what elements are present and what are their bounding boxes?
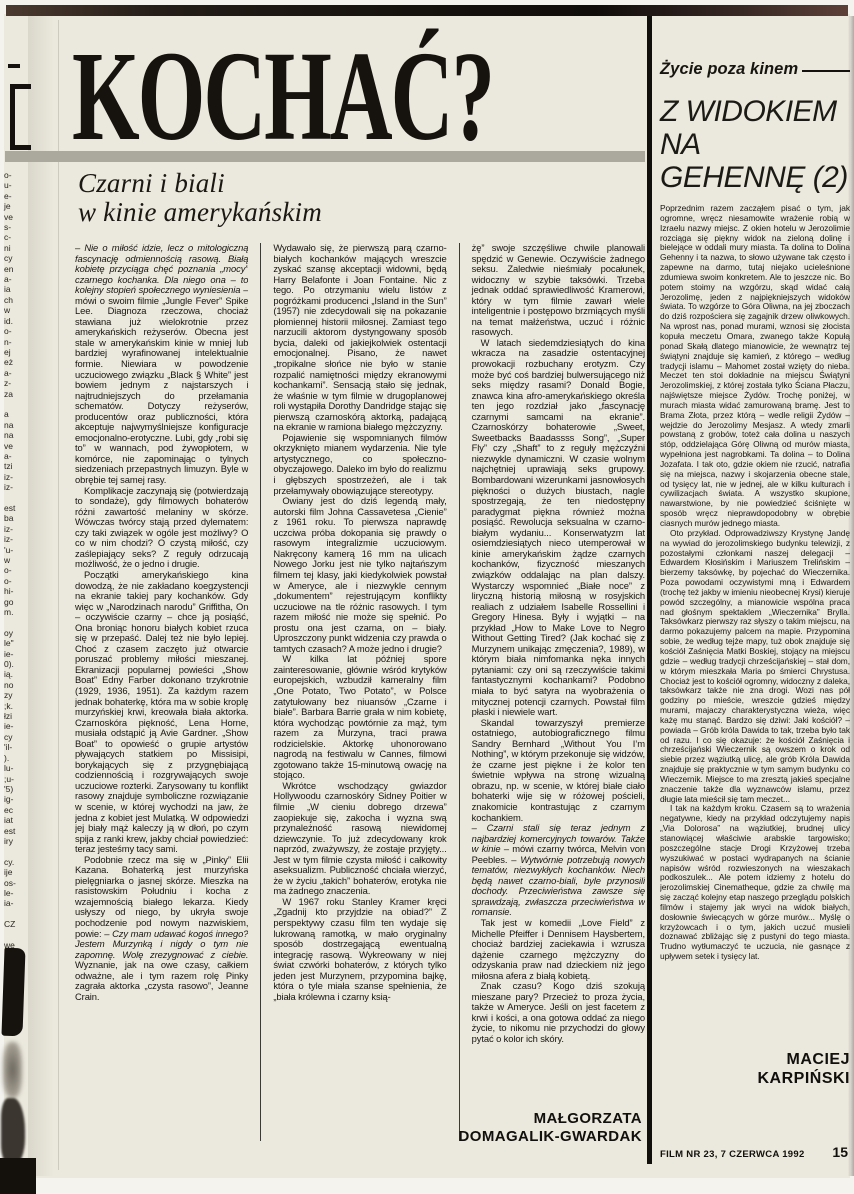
paragraph: Pojawienie się wspomnianych filmów okrzy… [273, 433, 446, 496]
title-underline-bar [5, 151, 645, 162]
gutter-fragment: lu- [4, 763, 34, 773]
paragraph: – Czarni stali się teraz jednym z najbar… [472, 823, 645, 918]
article-author: MAŁGORZATA DOMAGALIK-GWARDAK [380, 1110, 642, 1146]
gutter-fragment: ie- [4, 721, 34, 731]
gutter-fragment: est [4, 826, 34, 836]
paragraph: Komplikacje zaczynają się (potwierdzają … [75, 486, 248, 570]
gutter-fragment [4, 399, 34, 409]
paragraph: W latach siedemdziesiątych do kina wkrac… [472, 338, 645, 718]
body-text: Tak jest w komedii „Love Field” z Michel… [472, 917, 645, 981]
body-text: Wydawało się, że pierwszą parą czarno-bi… [273, 243, 446, 432]
page-number: 15 [832, 1144, 848, 1160]
gutter-fragment: os- [4, 878, 34, 888]
paragraph: Początki amerykańskiego kina dowodzą, że… [75, 570, 248, 855]
article-column-1: – Nie o miłość idzie, lecz o mitologiczn… [75, 243, 248, 1141]
gutter-fragment: en [4, 264, 34, 274]
gutter-fragment: tzi [4, 461, 34, 471]
sidebar-column: Życie poza kinem Z WIDOKIEM NA GEHENNĘ (… [660, 30, 850, 1164]
paragraph: Poprzednim razem zacząłem pisać o tym, j… [660, 204, 850, 529]
gutter-fragment: na [4, 430, 34, 440]
body-text: Wyznanie, jak na owe czasy, całkiem odwa… [75, 959, 248, 1002]
gutter-fragment: '5) [4, 784, 34, 794]
gutter-fragment: est [4, 503, 34, 513]
gutter-fragment: na [4, 420, 34, 430]
gutter-fragment: ). [4, 753, 34, 763]
gutter-fragment: cy [4, 253, 34, 263]
gutter-fragment: iat [4, 815, 34, 825]
gutter-fragment: CZ [4, 919, 34, 929]
gutter-fragment: hi- [4, 586, 34, 596]
gutter-fragment: za [4, 389, 34, 399]
body-text: Skandal towarzyszył premierze ostatniego… [472, 717, 645, 823]
gutter-fragment: 'il- [4, 742, 34, 752]
gutter-fragment: ;u- [4, 774, 34, 784]
gutter-fragment: m. [4, 607, 34, 617]
gutter-fragment: cy [4, 732, 34, 742]
body-text: Początki amerykańskiego kina dowodzą, że… [75, 569, 248, 854]
gutter-fragment: iry [4, 836, 34, 846]
scan-blob [3, 1042, 22, 1098]
paragraph: W 1967 roku Stanley Kramer kręci „Zgadni… [273, 897, 446, 1002]
scan-blob [1, 1098, 25, 1164]
body-text: Wkrótce wschodzący gwiazdor Hollywoodu c… [273, 780, 446, 896]
gutter-fragment: ba [4, 513, 34, 523]
paragraph: żę” swoje szczęśliwe chwile planowali sp… [472, 243, 645, 338]
gutter-fragment: ije [4, 867, 34, 877]
article-column-2: Wydawało się, że pierwszą parą czarno-bi… [260, 243, 446, 1141]
gutter-fragment: e- [4, 191, 34, 201]
sidebar-body: Poprzednim razem zacząłem pisać o tym, j… [660, 204, 850, 1042]
gutter-fragment: o- [4, 565, 34, 575]
gutter-fragment: je [4, 201, 34, 211]
magazine-footer: FILM NR 23, 7 CZERWCA 1992 15 [660, 1144, 848, 1160]
paragraph: Podobnie rzecz ma się w „Pinky” Elii Kaz… [75, 855, 248, 1003]
body-text: W kilka lat później spore zainteresowani… [273, 653, 446, 780]
gutter-fragment: zy [4, 690, 34, 700]
body-text: Znak czasu? Kogo dziś szokują mieszane p… [472, 980, 645, 1044]
gutter-fragment: łzi [4, 711, 34, 721]
gutter-fragment: z- [4, 378, 34, 388]
body-text: żę” swoje szczęśliwe chwile planowali sp… [472, 243, 645, 337]
gutter-fragment: a [4, 409, 34, 419]
gutter-fragment: iz- [4, 482, 34, 492]
gutter-fragment: no [4, 680, 34, 690]
gutter-fragment: u- [4, 180, 34, 190]
gutter-fragment [4, 617, 34, 627]
paragraph: Oto przykład. Odprowadziwszy Krystynę Ja… [660, 529, 850, 805]
scan-blob [0, 1158, 36, 1194]
gutter-fragment: w [4, 305, 34, 315]
gutter-fragment [4, 493, 34, 503]
body-text: Owiany jest do dziś legendą mały, autors… [273, 495, 446, 654]
sidebar-kicker: Życie poza kinem [660, 60, 850, 79]
gutter-fragment: oy [4, 628, 34, 638]
body-text: Poprzednim razem zacząłem pisać o tym, j… [660, 204, 850, 528]
gutter-fragment: ni [4, 243, 34, 253]
body-text: Podobnie rzecz ma się w „Pinky” Elii Kaz… [75, 854, 248, 939]
gutter-fragment: a- [4, 274, 34, 284]
gutter-fragment [4, 930, 34, 940]
gutter-fragment [4, 846, 34, 856]
magazine-page: o-u-e-jeves-c-nicyena-iachwid.o-n-ejeża-… [0, 0, 854, 1194]
gutter-fragment: ec [4, 805, 34, 815]
gutter-fragment: o- [4, 170, 34, 180]
paragraph: W kilka lat później spore zainteresowani… [273, 654, 446, 781]
body-text: – mówi o swoim filmie „Jungle Fever” Spi… [75, 284, 248, 485]
gutter-fragment: go [4, 597, 34, 607]
gutter-fragment: iz- [4, 472, 34, 482]
gutter-fragment: c- [4, 232, 34, 242]
gutter-fragment: ;k. [4, 701, 34, 711]
paragraph: I tak na każdym kroku. Czasem są to wraż… [660, 804, 850, 962]
issue-label: FILM NR 23, 7 CZERWCA 1992 [660, 1149, 805, 1160]
gutter-fragment: a- [4, 451, 34, 461]
sidebar-kicker-label: Życie poza kinem [660, 60, 798, 79]
gutter-fragment: 0). [4, 659, 34, 669]
gutter-fragment: ią. [4, 669, 34, 679]
paragraph: Wydawało się, że pierwszą parą czarno-bi… [273, 243, 446, 433]
gutter-fragment: ie- [4, 649, 34, 659]
paragraph: – Nie o miłość idzie, lecz o mitologiczn… [75, 243, 248, 486]
body-text: W 1967 roku Stanley Kramer kręci „Zgadni… [273, 896, 446, 1002]
gutter-fragment: iz- [4, 524, 34, 534]
gutter-fragment: a- [4, 368, 34, 378]
sidebar-divider-rule [647, 16, 652, 1164]
gutter-tickmark [8, 64, 20, 68]
gutter-fragment: o- [4, 326, 34, 336]
paragraph: Skandal towarzyszył premierze ostatniego… [472, 718, 645, 823]
gutter-fragment: le" [4, 638, 34, 648]
scan-blob [1, 948, 25, 1037]
sidebar-author: MACIEJ KARPIŃSKI [660, 1050, 850, 1088]
top-scan-bar [6, 5, 848, 16]
gutter-fragment: ia [4, 284, 34, 294]
gutter-fragment: n- [4, 337, 34, 347]
paper-crease [58, 20, 59, 1170]
gutter-fragment: w [4, 555, 34, 565]
body-text: W latach siedemdziesiątych do kina wkrac… [472, 337, 645, 717]
article-subtitle: Czarni i biali w kinie amerykańskim [78, 169, 498, 227]
body-text: Pojawienie się wspomnianych filmów okrzy… [273, 432, 446, 496]
gutter-fragment: o- [4, 576, 34, 586]
gutter-fragments: o-u-e-jeves-c-nicyena-iachwid.o-n-ejeża-… [4, 170, 34, 950]
paragraph: Owiany jest do dziś legendą mały, autors… [273, 496, 446, 654]
article-body: – Nie o miłość idzie, lecz o mitologiczn… [75, 243, 645, 1141]
gutter-fragment: le- [4, 888, 34, 898]
gutter-fragment: eż [4, 357, 34, 367]
gutter-fragment: ve [4, 441, 34, 451]
paragraph: Wkrótce wschodzący gwiazdor Hollywoodu c… [273, 781, 446, 897]
article-column-3: żę” swoje szczęśliwe chwile planowali sp… [459, 243, 645, 1141]
gutter-fragment: id. [4, 316, 34, 326]
gutter-fragment [4, 909, 34, 919]
page-title: KOCHAĆ? [72, 40, 466, 152]
gutter-fragment: cy. [4, 857, 34, 867]
gutter-fragment: s- [4, 222, 34, 232]
gutter-fragment: ia- [4, 898, 34, 908]
gutter-fragment: ve [4, 212, 34, 222]
paragraph: Tak jest w komedii „Love Field” z Michel… [472, 918, 645, 981]
sidebar-title: Z WIDOKIEM NA GEHENNĘ (2) [660, 95, 850, 194]
italic-text: – Nie o miłość idzie, lecz o mitologiczn… [75, 243, 248, 295]
body-text: Oto przykład. Odprowadziwszy Krystynę Ja… [660, 528, 850, 804]
gutter-bracket [10, 84, 31, 150]
kicker-rule [802, 70, 850, 73]
gutter-fragment: ej [4, 347, 34, 357]
body-text: Komplikacje zaczynają się (potwierdzają … [75, 485, 248, 570]
body-text: I tak na każdym kroku. Czasem są to wraż… [660, 803, 850, 961]
gutter-fragment: 'u- [4, 545, 34, 555]
gutter-fragment: ch [4, 295, 34, 305]
paragraph: Znak czasu? Kogo dziś szokują mieszane p… [472, 981, 645, 1044]
gutter-fragment: ig- [4, 794, 34, 804]
gutter-fragment: iz- [4, 534, 34, 544]
